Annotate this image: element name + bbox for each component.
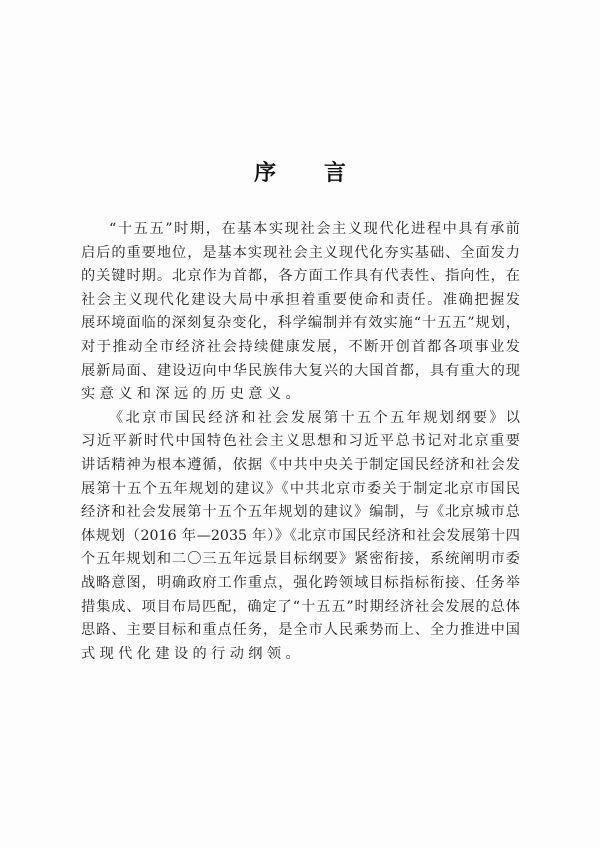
text-line: 讲话精神为根本遵循，依据《中共中央关于制定国民经济和社会发 xyxy=(81,454,520,478)
text-line: 启后的重要地位，是基本实现社会主义现代化夯实基础、全面发力 xyxy=(81,242,520,266)
text-line: 个五年规划和二〇三五年远景目标纲要》紧密衔接，系统阐明市委 xyxy=(81,548,520,572)
text-line: 社会主义现代化建设大局中承担着重要使命和责任。准确把握发 xyxy=(81,289,520,313)
text-line: 的关键时期。北京作为首都，各方面工作具有代表性、指向性，在 xyxy=(81,265,520,289)
page-title: 序 言 xyxy=(0,156,600,187)
text-line: 展新局面、建设迈向中华民族伟大复兴的大国首都，具有重大的现 xyxy=(81,360,520,384)
text-line: 式现代化建设的行动纲领。 xyxy=(81,643,520,667)
text-line: 实意义和深远的历史意义。 xyxy=(81,383,520,407)
preface-body: “十五五”时期，在基本实现社会主义现代化进程中具有承前 启后的重要地位，是基本实… xyxy=(81,218,520,666)
paragraph-2: 《北京市国民经济和社会发展第十五个五年规划纲要》以 习近平新时代中国特色社会主义… xyxy=(81,407,520,667)
paragraph-1: “十五五”时期，在基本实现社会主义现代化进程中具有承前 启后的重要地位，是基本实… xyxy=(81,218,520,407)
text-line: 思路、主要目标和重点任务，是全市人民乘势而上、全力推进中国 xyxy=(81,619,520,643)
text-line: 展环境面临的深刻复杂变化，科学编制并有效实施“十五五”规划， xyxy=(81,312,520,336)
text-line: 体规划（2016 年—2035 年）》《北京市国民经济和社会发展第十四 xyxy=(81,525,520,549)
text-line: 措集成、项目布局匹配，确定了“十五五”时期经济社会发展的总体 xyxy=(81,596,520,620)
text-line: 展第十五个五年规划的建议》《中共北京市委关于制定北京市国民 xyxy=(81,478,520,502)
document-page: 序 言 “十五五”时期，在基本实现社会主义现代化进程中具有承前 启后的重要地位，… xyxy=(0,0,600,848)
text-line: 对于推动全市经济社会持续健康发展，不断开创首都各项事业发 xyxy=(81,336,520,360)
text-line: 战略意图，明确政府工作重点，强化跨领域目标指标衔接、任务举 xyxy=(81,572,520,596)
text-line: 经济和社会发展第十五个五年规划的建议》编制，与《北京城市总 xyxy=(81,501,520,525)
text-line: 习近平新时代中国特色社会主义思想和习近平总书记对北京重要 xyxy=(81,430,520,454)
text-line: “十五五”时期，在基本实现社会主义现代化进程中具有承前 xyxy=(81,218,520,242)
text-line: 《北京市国民经济和社会发展第十五个五年规划纲要》以 xyxy=(81,407,520,431)
